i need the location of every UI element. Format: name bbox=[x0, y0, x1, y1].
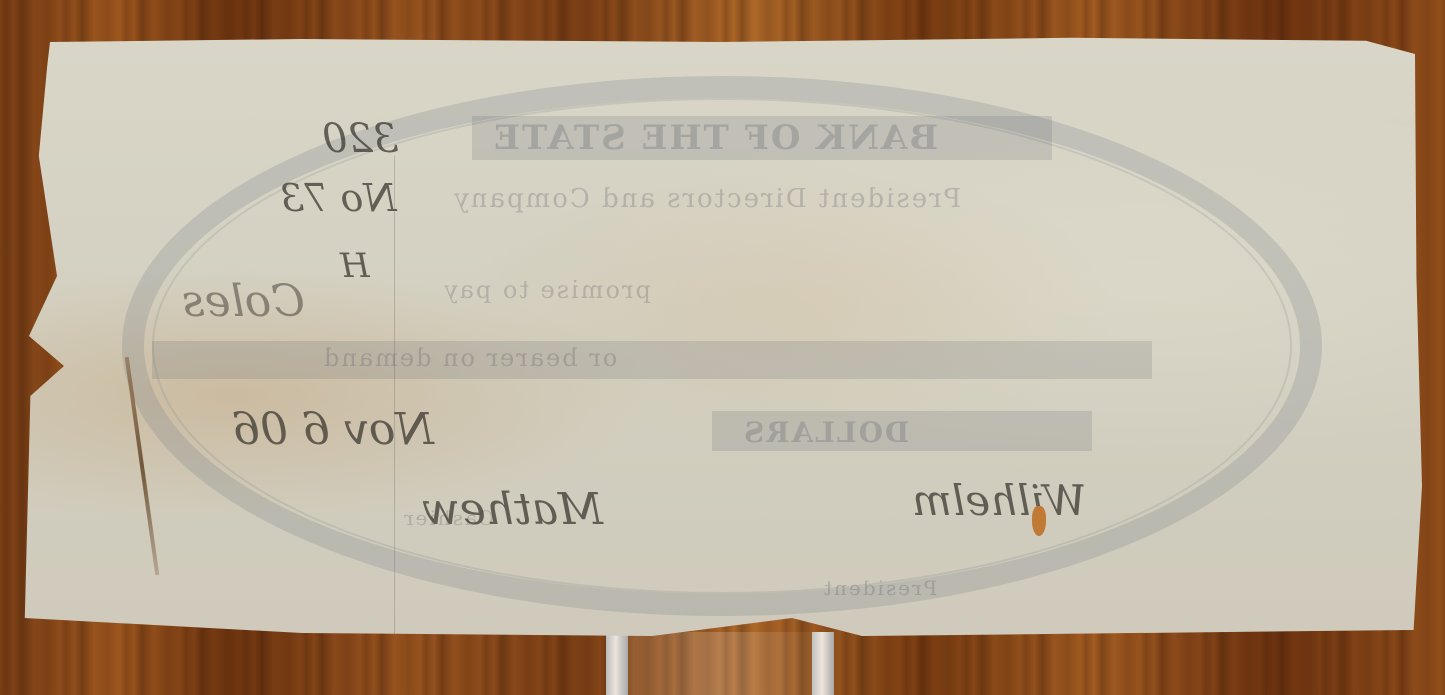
stand-left-edge bbox=[606, 632, 628, 695]
faded-print-line-7: President bbox=[822, 576, 937, 600]
acrylic-stand bbox=[622, 632, 812, 695]
fold-line bbox=[394, 156, 395, 636]
faded-print-line-4: or bearer on demand bbox=[322, 344, 617, 372]
print-band-amount bbox=[152, 341, 1152, 379]
handwritten-date: Nov 6 06 bbox=[232, 404, 434, 455]
faded-print-line-3: promise to pay bbox=[442, 276, 651, 304]
handwritten-left-script: Coles bbox=[182, 276, 305, 327]
handwritten-signature: Wilhelm bbox=[912, 476, 1086, 525]
handwritten-mark: H bbox=[340, 246, 370, 286]
handwritten-serial: No 73 bbox=[280, 176, 397, 220]
banknote: BANK OF THE STATE President Directors an… bbox=[22, 36, 1422, 636]
faded-print-title: BANK OF THE STATE bbox=[492, 118, 938, 158]
handwritten-lower-script: Mathew bbox=[422, 484, 603, 535]
faded-print-line-2: President Directors and Company bbox=[452, 184, 961, 214]
faded-print-line-5: DOLLARS bbox=[742, 416, 909, 449]
handwritten-top-number: 320 bbox=[322, 116, 398, 162]
stand-right-edge bbox=[812, 632, 834, 695]
rust-stain bbox=[1032, 506, 1046, 536]
